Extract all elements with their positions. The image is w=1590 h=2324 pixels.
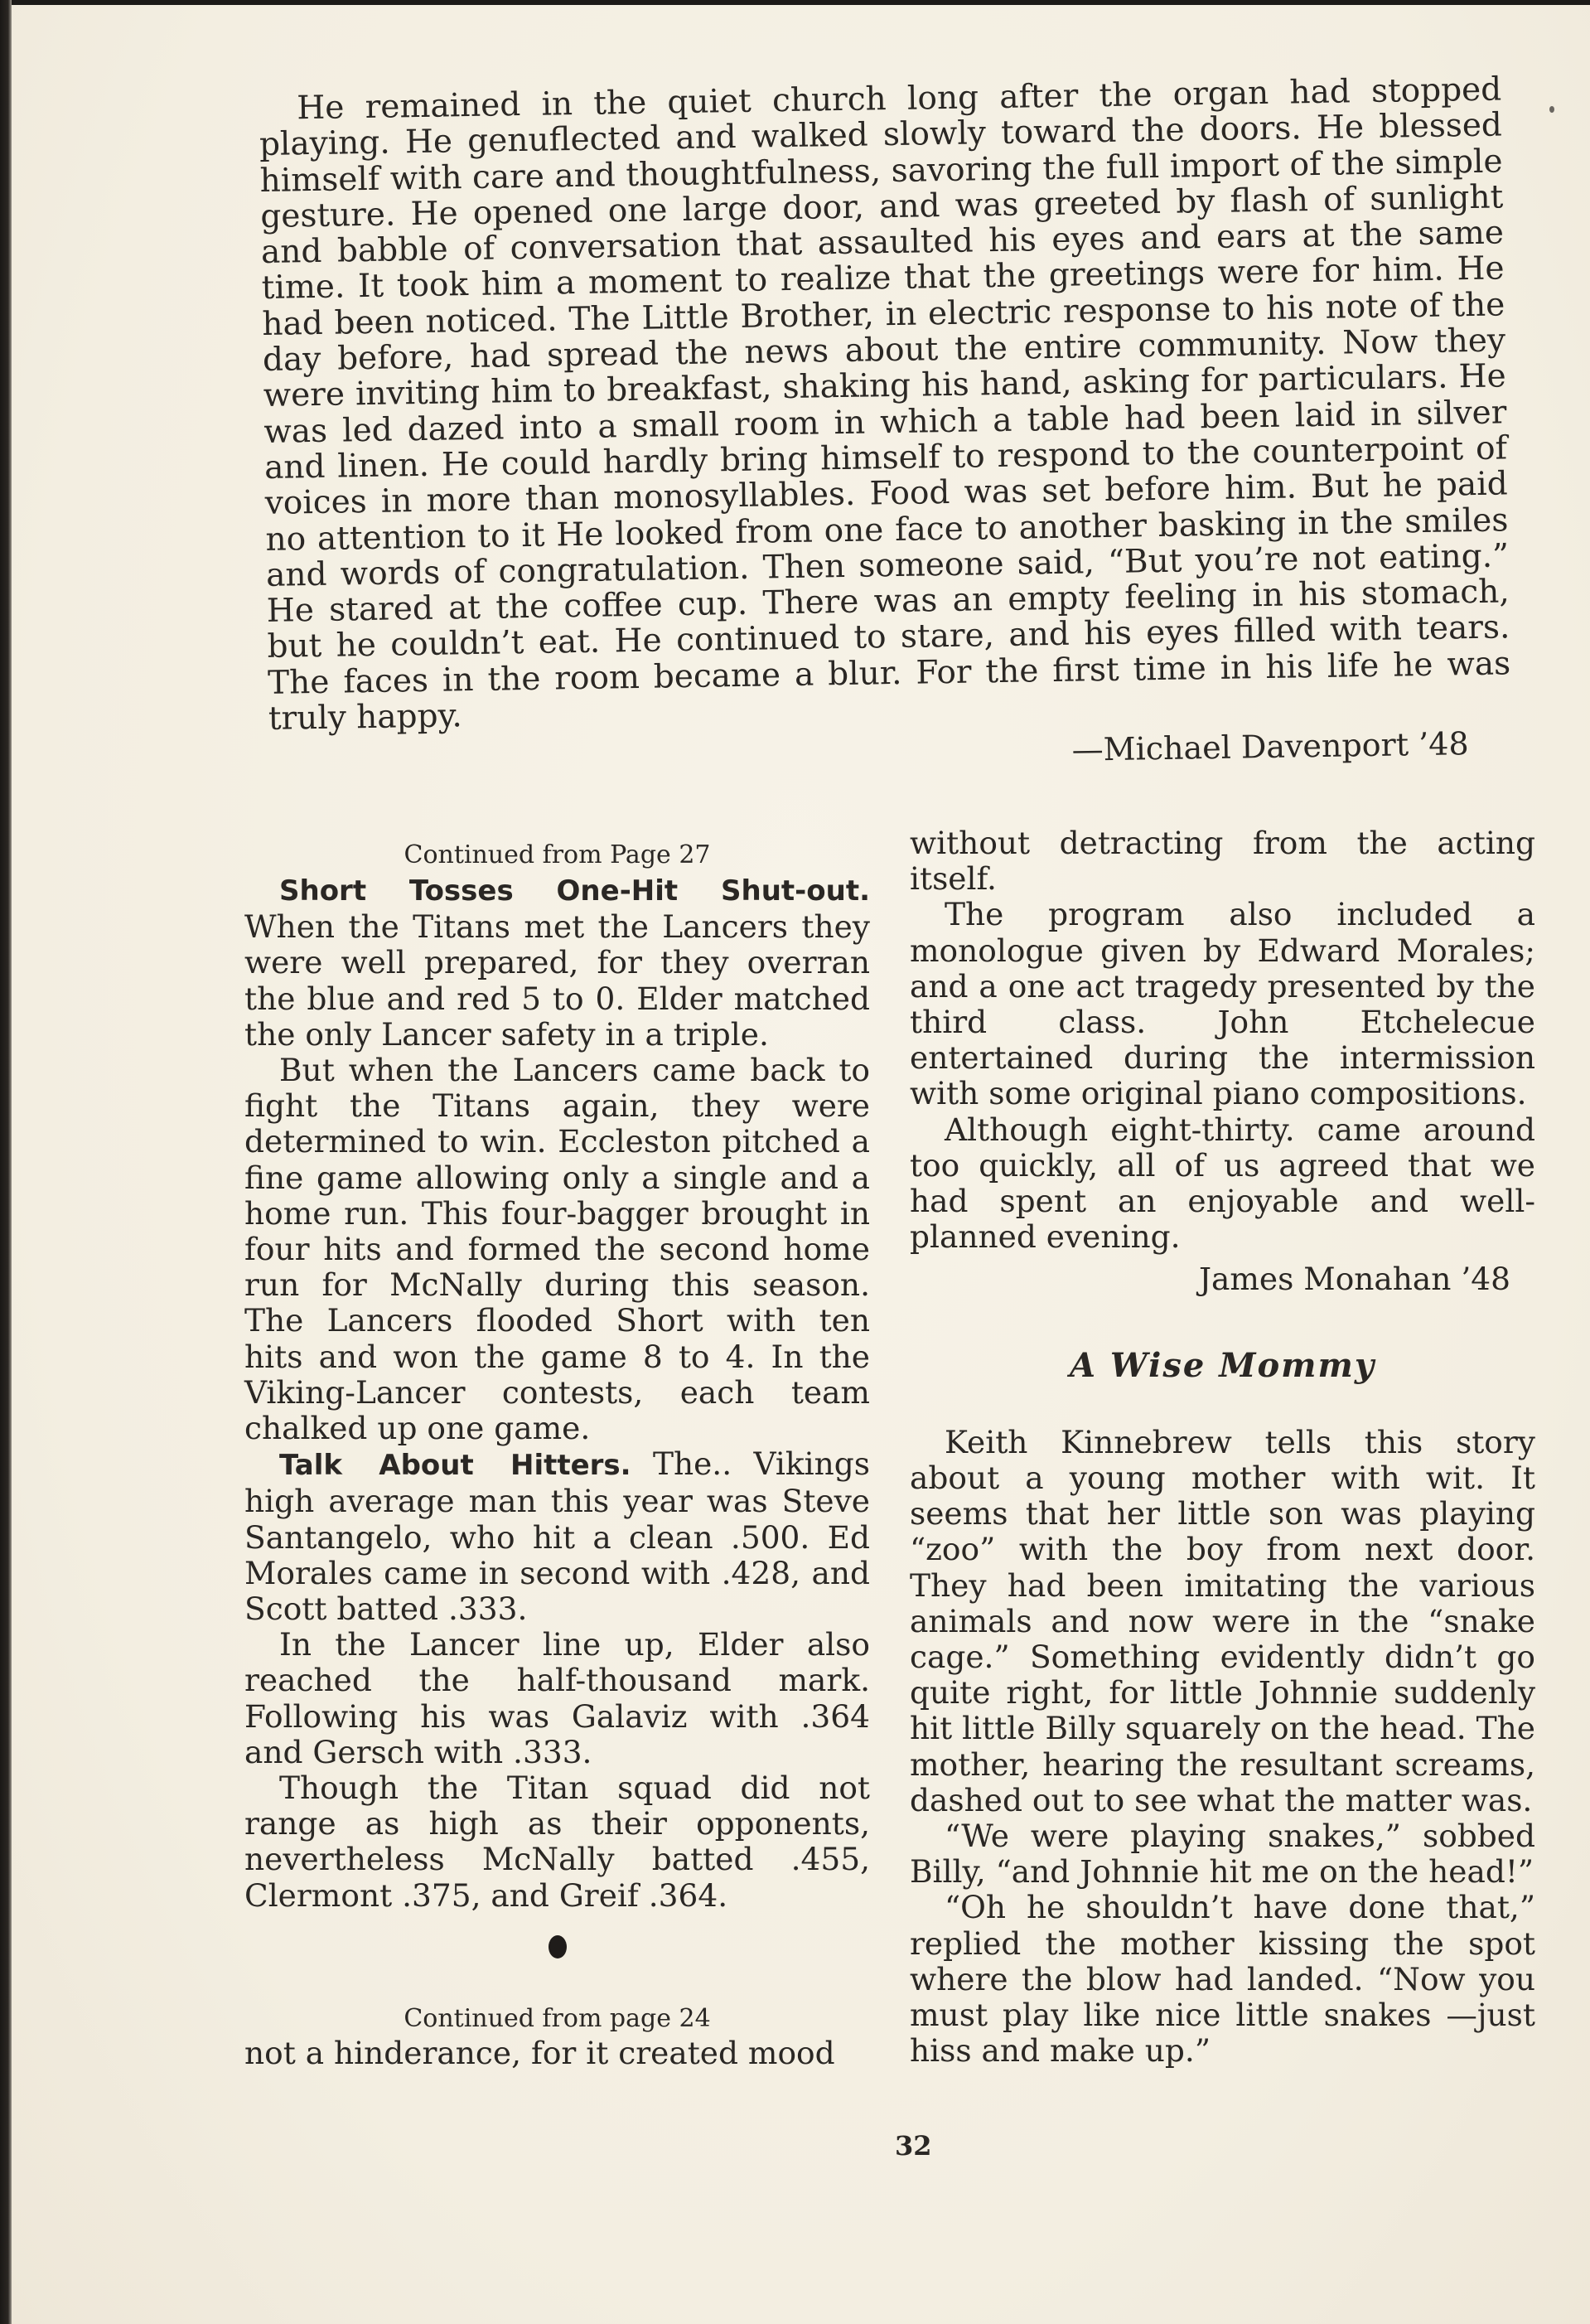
paragraph-billy-quote: “We were playing snakes,” sobbed Billy, … [910,1818,1535,1890]
paragraph-hinderance: not a hinderance, for it created mood [244,2036,870,2071]
paragraph-talk-about-hitters: Talk About Hitters. The.. Vikings high a… [244,1446,870,1627]
top-story: He remained in the quiet church long aft… [259,71,1512,781]
paragraph-eight-thirty: Although eight-thirty. came around too q… [910,1112,1535,1256]
page-number: 32 [895,2130,932,2162]
paragraph-short-tosses: Short Tosses One-Hit Shut-out. When the … [244,872,870,1053]
top-story-text: He remained in the quiet church long aft… [259,71,1511,737]
paragraph-keith-story: Keith Kinnebrew tells this story about a… [910,1425,1535,1818]
article-title-wise-mommy: A Wise Mommy [910,1348,1535,1383]
heading-short-tosses: Short Tosses One-Hit Shut-out. [279,874,870,908]
continued-from-page-27: Continued from Page 27 [244,839,870,872]
section-separator [244,1930,870,1966]
right-column: without detracting from the acting itsel… [910,826,1535,2070]
bullet-dot-icon [549,1935,567,1958]
paragraph-without-detracting: without detracting from the acting itsel… [910,826,1535,897]
paragraph-program: The program also included a monologue gi… [910,897,1535,1111]
paragraph-mother-reply: “Oh he shouldn’t have done that,” replie… [910,1890,1535,2069]
heading-talk-about-hitters: Talk About Hitters. [279,1449,631,1482]
byline-james-monahan: James Monahan ’48 [910,1261,1510,1297]
paragraph-text: When the Titans met the Lancers they wer… [244,908,870,1053]
left-column: Continued from Page 27 Short Tosses One-… [244,839,870,2071]
ink-speck [1549,106,1554,113]
paragraph-titan-squad: Though the Titan squad did not range as … [244,1770,870,1914]
paragraph-lancer-lineup: In the Lancer line up, Elder also reache… [244,1627,870,1770]
continued-from-page-24: Continued from page 24 [244,2002,870,2036]
paragraph-lancers-return: But when the Lancers came back to fight … [244,1053,870,1446]
binding-edge [0,0,12,2324]
